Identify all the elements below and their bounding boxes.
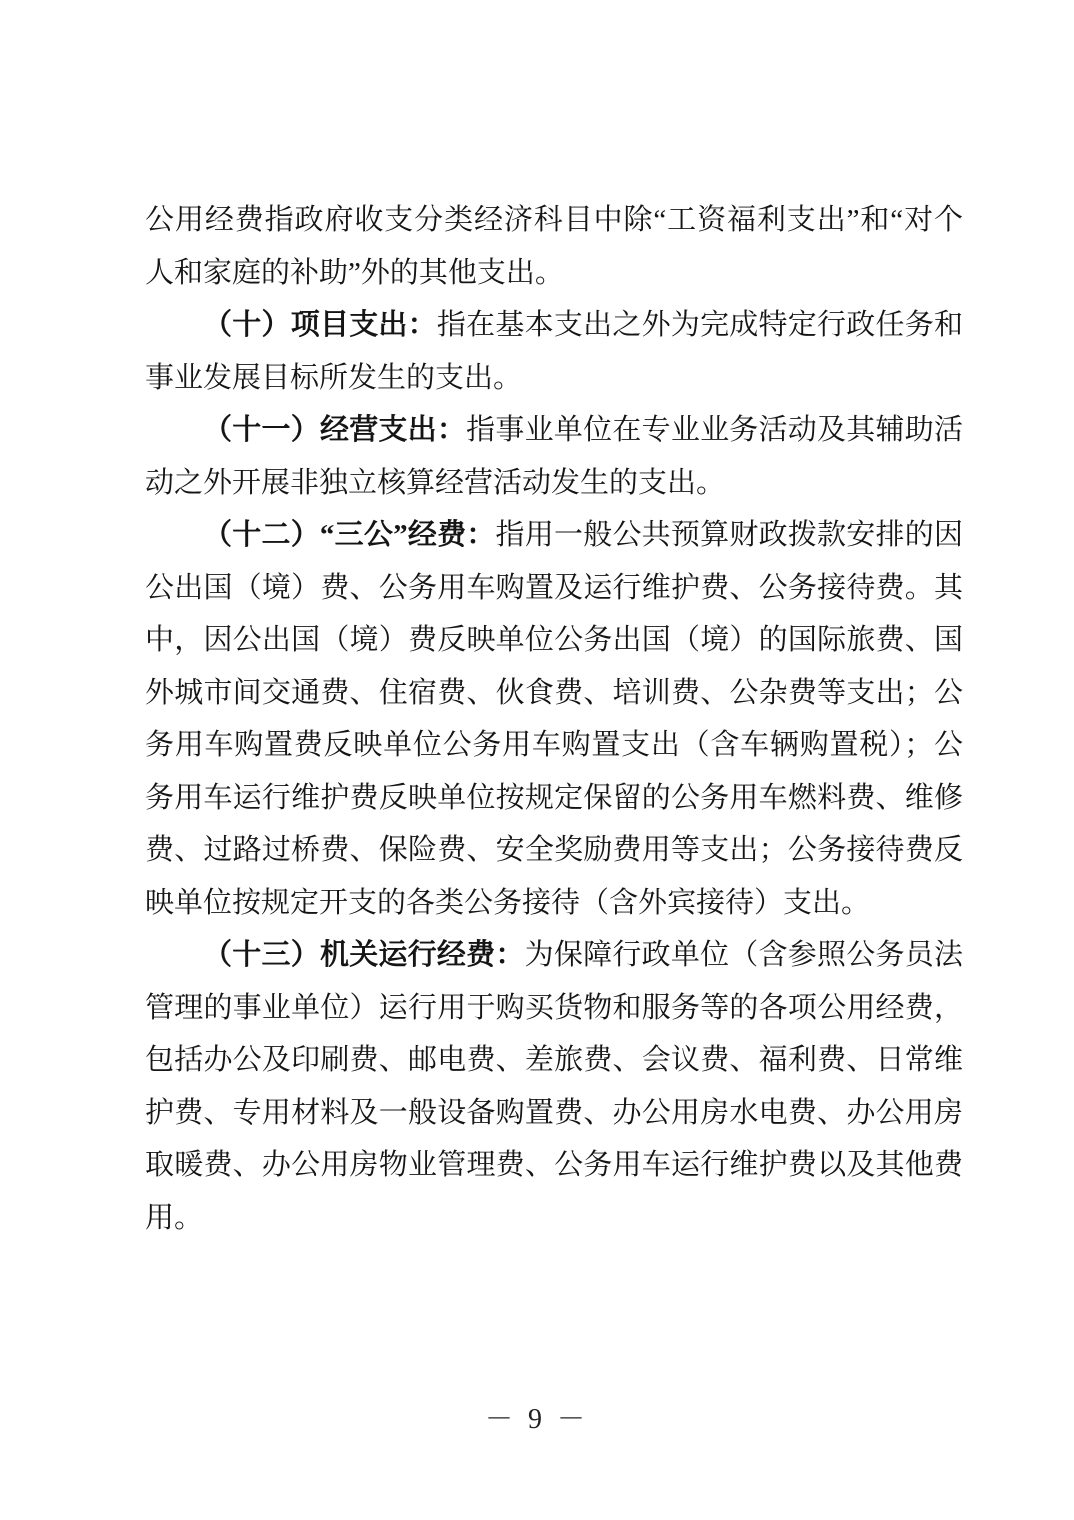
term-label: （十）项目支出：	[203, 309, 437, 341]
term-label: （十一）经营支出：	[203, 414, 466, 446]
paragraph-item-11-operating-expenditure: （十一）经营支出：指事业单位在专业业务活动及其辅助活动之外开展非独立核算经营活动…	[145, 404, 963, 509]
paragraph-item-13-agency-operating-funds: （十三）机关运行经费：为保障行政单位（含参照公务员法管理的事业单位）运行用于购买…	[145, 929, 963, 1244]
term-label: （十三）机关运行经费：	[203, 939, 525, 971]
document-page: 公用经费指政府收支分类经济科目中除“工资福利支出”和“对个人和家庭的补助”外的其…	[0, 0, 1074, 1520]
term-definition: 为保障行政单位（含参照公务员法管理的事业单位）运行用于购买货物和服务等的各项公用…	[145, 939, 963, 1234]
paragraph-item-12-three-public-funds: （十二）“三公”经费：指用一般公共预算财政拨款安排的因公出国（境）费、公务用车购…	[145, 509, 963, 929]
page-number: － 9 －	[0, 1398, 1074, 1442]
term-label: （十二）“三公”经费：	[203, 519, 496, 551]
paragraph-text: 公用经费指政府收支分类经济科目中除“工资福利支出”和“对个人和家庭的补助”外的其…	[145, 204, 963, 289]
document-body: 公用经费指政府收支分类经济科目中除“工资福利支出”和“对个人和家庭的补助”外的其…	[145, 194, 963, 1244]
paragraph-item-10-project-expenditure: （十）项目支出：指在基本支出之外为完成特定行政任务和事业发展目标所发生的支出。	[145, 299, 963, 404]
term-definition: 指用一般公共预算财政拨款安排的因公出国（境）费、公务用车购置及运行维护费、公务接…	[145, 519, 963, 919]
paragraph-public-funds-continuation: 公用经费指政府收支分类经济科目中除“工资福利支出”和“对个人和家庭的补助”外的其…	[145, 194, 963, 299]
